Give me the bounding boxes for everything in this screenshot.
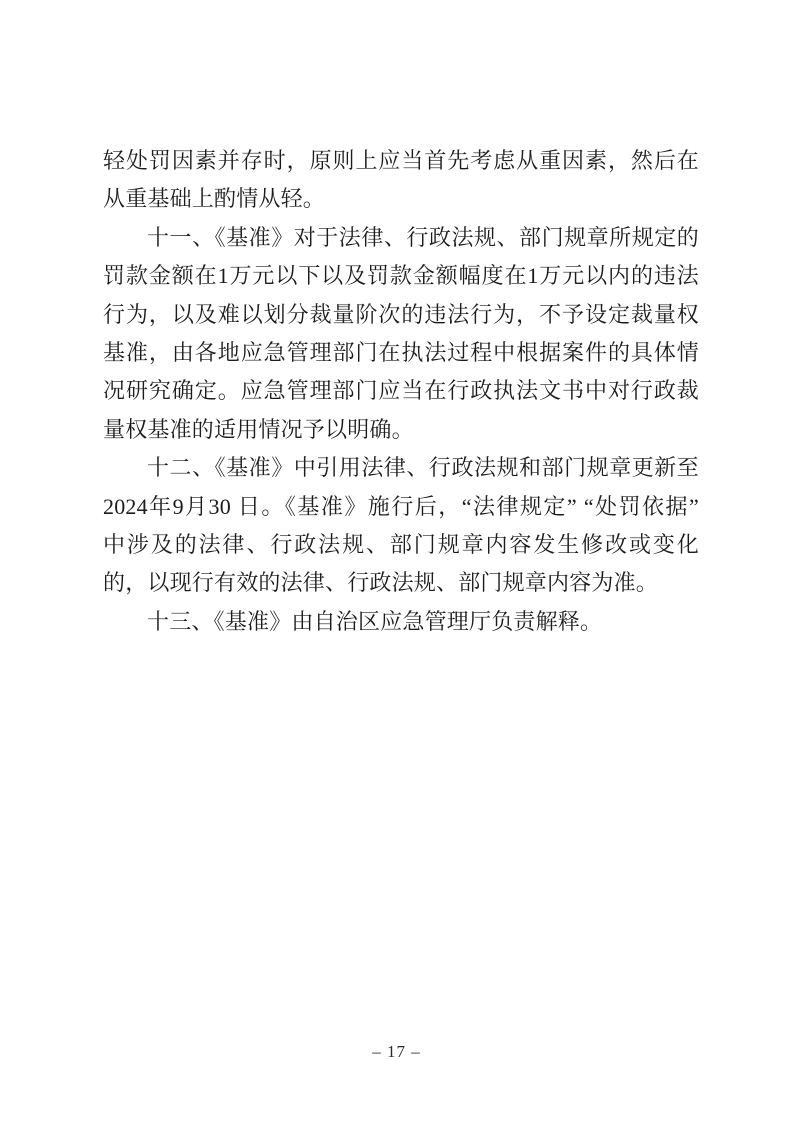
paragraph-item-12: 十二、《基准》中引用法律、行政法规和部门规章更新至2024年9月30 日。《基准… (103, 449, 699, 603)
document-page: 轻处罚因素并存时，原则上应当首先考虑从重因素，然后在从重基础上酌情从轻。 十一、… (0, 0, 793, 1122)
paragraph-continuation: 轻处罚因素并存时，原则上应当首先考虑从重因素，然后在从重基础上酌情从轻。 (103, 142, 699, 219)
paragraph-item-13: 十三、《基准》由自治区应急管理厅负责解释。 (103, 603, 699, 641)
paragraph-item-11: 十一、《基准》对于法律、行政法规、部门规章所规定的罚款金额在1万元以下以及罚款金… (103, 219, 699, 449)
page-number: – 17 – (0, 1042, 793, 1062)
document-body: 轻处罚因素并存时，原则上应当首先考虑从重因素，然后在从重基础上酌情从轻。 十一、… (103, 142, 699, 641)
